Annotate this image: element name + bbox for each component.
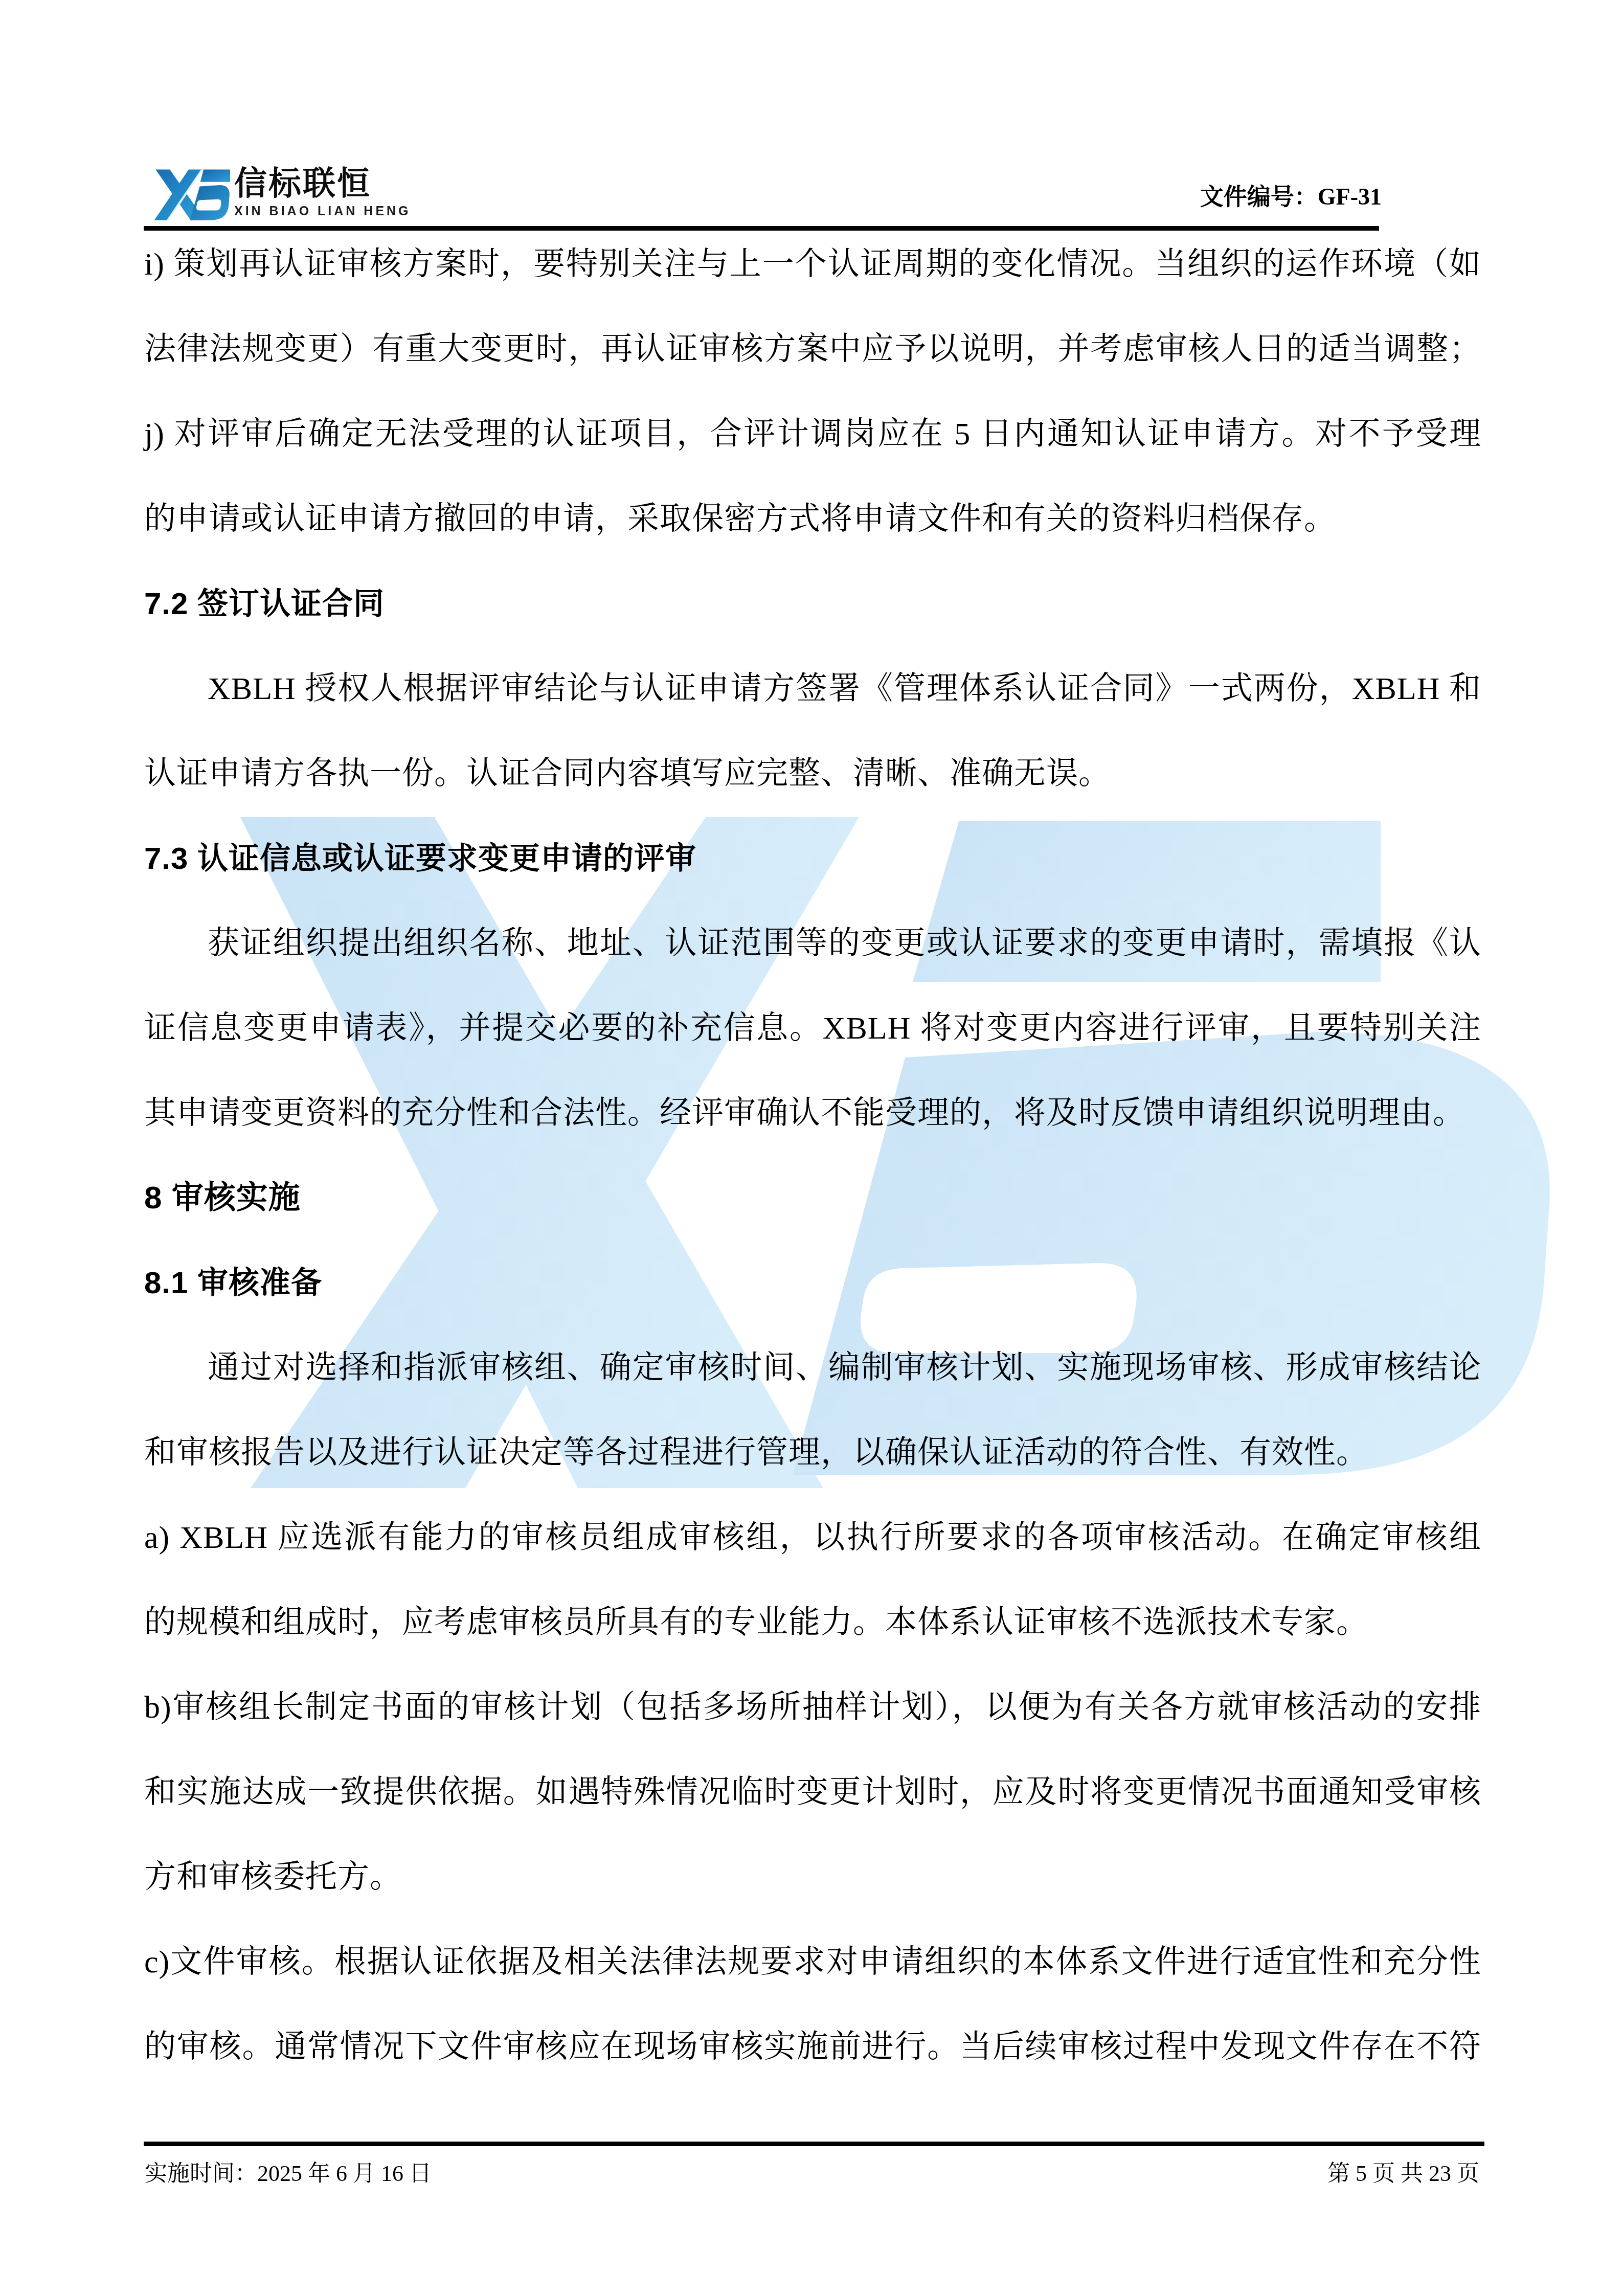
document-number: 文件编号：GF-31 [1200,178,1382,212]
text-line: 认证申请方各执一份。认证合同内容填写应完整、清晰、准确无误。 [144,751,1481,796]
text-line: 和实施达成一致提供依据。如遇特殊情况临时变更计划时，应及时将变更情况书面通知受审… [144,1770,1481,1815]
section-heading: 7.2 签订认证合同 [144,581,1481,626]
text-line: a) XBLH 应选派有能力的审核员组成审核组，以执行所要求的各项审核活动。在确… [144,1515,1481,1560]
text-line: b)审核组长制定书面的审核计划（包括多场所抽样计划），以便为有关各方就审核活动的… [144,1685,1481,1730]
footer-rule [144,2142,1484,2146]
text-line: 其申请变更资料的充分性和合法性。经评审确认不能受理的，将及时反馈申请组织说明理由… [144,1091,1481,1136]
xb-logo-icon [152,165,230,225]
page-indicator: 第 5 页 共 23 页 [1327,2155,1479,2188]
implementation-date: 实施时间：2025 年 6 月 16 日 [145,2155,432,2188]
text-line: 通过对选择和指派审核组、确定审核时间、编制审核计划、实施现场审核、形成审核结论 [144,1345,1481,1390]
text-line: 证信息变更申请表》，并提交必要的补充信息。XBLH 将对变更内容进行评审，且要特… [144,1006,1481,1051]
company-name-cn: 信标联恒 [234,166,411,200]
text-line: 方和审核委托方。 [144,1855,1481,1900]
text-line: j) 对评审后确定无法受理的认证项目，合评计调岗应在 5 日内通知认证申请方。对… [144,412,1481,457]
company-name-en: XIN BIAO LIAN HENG [234,204,411,219]
document-body: i) 策划再认证审核方案时，要特别关注与上一个认证周期的变化情况。当组织的运作环… [0,0,1623,2296]
text-line: 获证组织提出组织名称、地址、认证范围等的变更或认证要求的变更申请时，需填报《认 [144,921,1481,966]
text-line: 的审核。通常情况下文件审核应在现场审核实施前进行。当后续审核过程中发现文件存在不… [144,2024,1481,2069]
logo-text: 信标联恒 XIN BIAO LIAN HENG [234,166,411,219]
section-heading: 8 审核实施 [144,1176,1481,1221]
document-page: 信标联恒 XIN BIAO LIAN HENG 文件编号：GF-31 i) 策划… [0,0,1623,2296]
text-line: 和审核报告以及进行认证决定等各过程进行管理，以确保认证活动的符合性、有效性。 [144,1430,1481,1475]
text-line: 的申请或认证申请方撤回的申请，采取保密方式将申请文件和有关的资料归档保存。 [144,497,1481,542]
section-heading: 7.3 认证信息或认证要求变更申请的评审 [144,836,1481,881]
text-line: i) 策划再认证审核方案时，要特别关注与上一个认证周期的变化情况。当组织的运作环… [144,242,1481,287]
company-logo: 信标联恒 XIN BIAO LIAN HENG [152,165,411,225]
text-line: 的规模和组成时，应考虑审核员所具有的专业能力。本体系认证审核不选派技术专家。 [144,1600,1481,1645]
section-heading: 8.1 审核准备 [144,1260,1481,1305]
text-line: XBLH 授权人根据评审结论与认证申请方签署《管理体系认证合同》一式两份，XBL… [144,666,1481,711]
text-line: 法律法规变更）有重大变更时，再认证审核方案中应予以说明，并考虑审核人日的适当调整… [144,327,1481,372]
text-line: c)文件审核。根据认证依据及相关法律法规要求对申请组织的本体系文件进行适宜性和充… [144,1940,1481,1985]
header-rule [144,226,1379,231]
